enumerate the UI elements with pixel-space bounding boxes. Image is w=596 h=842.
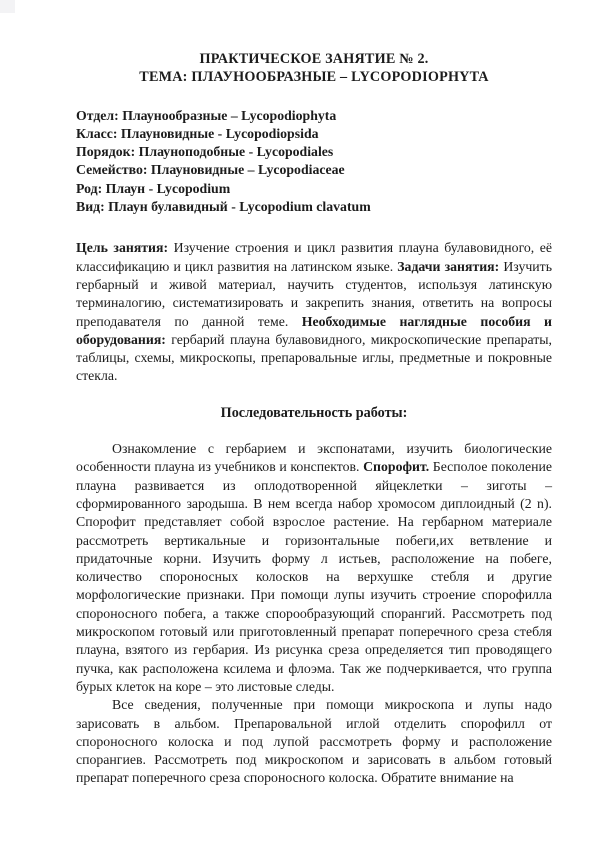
goals-label: Цель занятия: <box>76 240 168 255</box>
document-title: ПРАКТИЧЕСКОЕ ЗАНЯТИЕ № 2. ТЕМА: ПЛАУНООБ… <box>76 50 552 87</box>
title-line-1: ПРАКТИЧЕСКОЕ ЗАНЯТИЕ № 2. <box>76 50 552 68</box>
scan-artifact <box>0 0 15 13</box>
album-text: Все сведения, полученные при помощи микр… <box>76 697 552 785</box>
sporophyte-label: Спорофит. <box>363 459 429 474</box>
taxonomy-line-poryadok: Порядок: Плауноподобные - Lycopodiales <box>76 143 552 161</box>
paragraph-sporophyte: Ознакомление с гербарием и экспонатами, … <box>76 440 552 696</box>
tasks-label: Задачи занятия: <box>397 259 499 274</box>
taxonomy-line-rod: Род: Плаун - Lycopodium <box>76 180 552 198</box>
sporophyte-text: Бесполое поколение плауна развивается из… <box>76 459 552 694</box>
paragraph-album: Все сведения, полученные при помощи микр… <box>76 696 552 787</box>
document-content: ПРАКТИЧЕСКОЕ ЗАНЯТИЕ № 2. ТЕМА: ПЛАУНООБ… <box>76 50 552 788</box>
taxonomy-line-semeystvo: Семейство: Плауновидные – Lycopodiaceae <box>76 161 552 179</box>
taxonomy-line-klass: Класс: Плауновидные - Lycopodiopsida <box>76 125 552 143</box>
taxonomy-line-vid: Вид: Плаун булавидный - Lycopodium clava… <box>76 198 552 216</box>
document-page: ПРАКТИЧЕСКОЕ ЗАНЯТИЕ № 2. ТЕМА: ПЛАУНООБ… <box>0 0 596 842</box>
taxonomy-list: Отдел: Плаунообразные – Lycopodiophyta К… <box>76 107 552 217</box>
section-heading-sequence: Последовательность работы: <box>76 404 552 422</box>
title-line-2: ТЕМА: ПЛАУНООБРАЗНЫЕ – LYCOPODIOPHYTA <box>76 68 552 86</box>
paragraph-goals: Цель занятия: Изучение строения и цикл р… <box>76 239 552 385</box>
taxonomy-line-otdel: Отдел: Плаунообразные – Lycopodiophyta <box>76 107 552 125</box>
